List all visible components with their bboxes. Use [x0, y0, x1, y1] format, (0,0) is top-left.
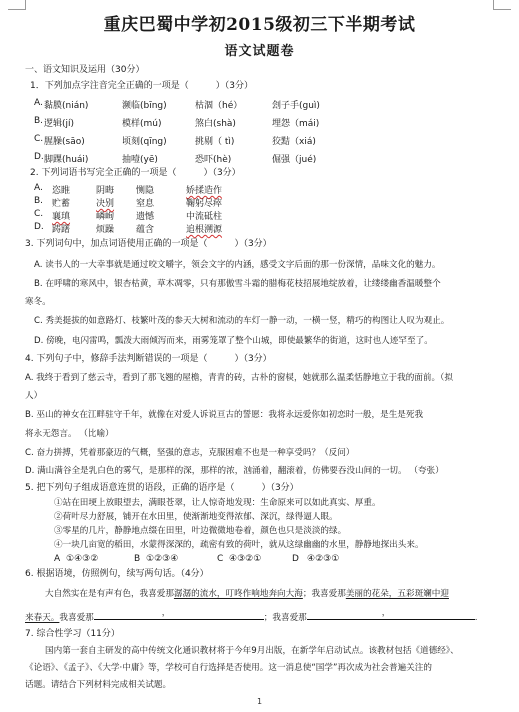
q4-option-b-cont: 将永无怨言。 （比喻） — [25, 428, 114, 440]
q3-option-d: D. 傍晚，电闪雷鸣，瓢泼大雨倾泻而来，雨雾笼罩了整个山城，即使最繁华的街道，这… — [34, 335, 433, 347]
q5-sentence-1: ①站在田埂上放眼望去，满眼苍翠，让人惊奇地发现：生命原来可以如此真实、厚重。 — [54, 497, 381, 509]
q3-option-c: C. 秀美挺拔的如意路灯、枝繁叶茂的参天大树和流动的车灯一静一动，一横一竖，精巧… — [34, 315, 449, 327]
q3-option-a: A. 读书人的一大幸事就是通过咬文嚼字，领会文字的内涵，感受文字后面的那一份深情… — [34, 259, 441, 271]
exam-page: 重庆巴蜀中学初2015级初三下半期考试 语文试题卷 一、语文知识及运用（30分）… — [0, 0, 519, 712]
q7-para-line-3: 话题。请结合下列材料完成相关试题。 — [25, 679, 171, 691]
document-subtitle: 语文试题卷 — [0, 40, 519, 59]
q1-stem: 1．下列加点字注音完全正确的一项是（ ）（3分） — [30, 80, 253, 92]
q4-option-d: D. 满山满谷全是乳白色的雾气，是那样的深，那样的浓，汹涌着，翻滚着，仿佛要吞没… — [25, 465, 444, 477]
page-number: 1 — [0, 697, 519, 706]
q7-stem: 7. 综合性学习（11分） — [25, 628, 120, 640]
q4-option-c: C. 奋力拼搏，凭着那豪迈的气概，坚强的意志，克服困难不也是一种享受吗？（反问） — [25, 447, 354, 459]
q4-stem: 4. 下列句子中，修辞手法判断错误的一项是（ ）（3分） — [25, 353, 272, 365]
crop-mark-top-left — [8, 0, 26, 10]
q4-option-a: A. 我终于看到了慈云寺，看到了那飞翘的屋檐，青青的砖，古朴的窗棂，她就那么温柔… — [25, 372, 453, 384]
q4-option-b: B. 巫山的神女在江畔驻守千年，就像在对爱人诉说亘古的誓愿：我将永远爱你如初恋时… — [25, 409, 423, 421]
q1-a-1: 黏膜(nián) — [44, 98, 88, 111]
crop-mark-top-right — [493, 0, 511, 10]
q3-stem: 3. 下列词句中，加点词语使用正确的一项是（ ）（3分） — [25, 238, 272, 250]
q1-a-2: 濒临(bīng) — [122, 98, 167, 111]
q4-option-a-cont: 人） — [25, 390, 42, 402]
q1-a-4: 刽子手(guì) — [272, 98, 320, 111]
q3-option-b: B. 在呼啸的寒风中，银杏枯黄，草木凋零，只有那傲雪斗霜的腊梅花枝招展地绽放着，… — [34, 278, 441, 290]
section-heading: 一、语文知识及运用（30分） — [25, 64, 144, 76]
q5-sentence-4: ④一块几亩宽的稻田，水蒙得深深的，疏密有致的荷叶，就从这绿幽幽的水里，静静地探出… — [54, 539, 424, 551]
q2-stem: 2. 下列词语书写完全正确的一项是（ ）（3分） — [30, 167, 241, 179]
q6-answer-blank-2[interactable]: ， — [307, 610, 475, 620]
q6-example-2: 美丽的花朵，五彩斑斓中迎 — [346, 589, 449, 599]
q6-example-1: 潺潺的流水，叮咚作响地奔向大海 — [174, 589, 303, 599]
q3-option-b-cont: 寒冬。 — [25, 296, 51, 308]
q6-answer-line: 来春天。我喜爱那，；我喜爱那，. — [25, 610, 478, 624]
q7-para-line-1: 国内第一套自主研发的高中传统文化通识教材将于今年9月出版，在新学年启动试点。该教… — [45, 645, 459, 657]
q5-sentence-2: ②荷叶尽力舒展，铺开在水田里，使渐渐地变得浓郁、深沉，绿得逼人眼。 — [54, 511, 338, 523]
q6-answer-blank-1[interactable]: ， — [94, 610, 264, 620]
q5-stem: 5. 把下列句子组成语意连贯的语段，正确的语序是（ ）（3分） — [25, 482, 299, 494]
q1-a-3: 枯涸（hé） — [195, 98, 242, 111]
q6-stem: 6. 根据语境，仿照例句，续写两句话。（4分） — [25, 568, 209, 580]
q6-example-line: 大自然实在是有声有色，我喜爱那潺潺的流水，叮咚作响地奔向大海；我喜爱那美丽的花朵… — [45, 588, 449, 600]
document-title: 重庆巴蜀中学初2015级初三下半期考试 — [0, 10, 519, 35]
q7-para-line-2: 《论语》、《孟子》、《大学·中庸》等，学校可自行选择是否使用。这一消息使“国学”… — [25, 662, 432, 674]
q5-sentence-3: ③零星的几片，静静地点缀在田里，叶边微微地卷着，颜色也只是淡淡的绿。 — [54, 525, 346, 537]
